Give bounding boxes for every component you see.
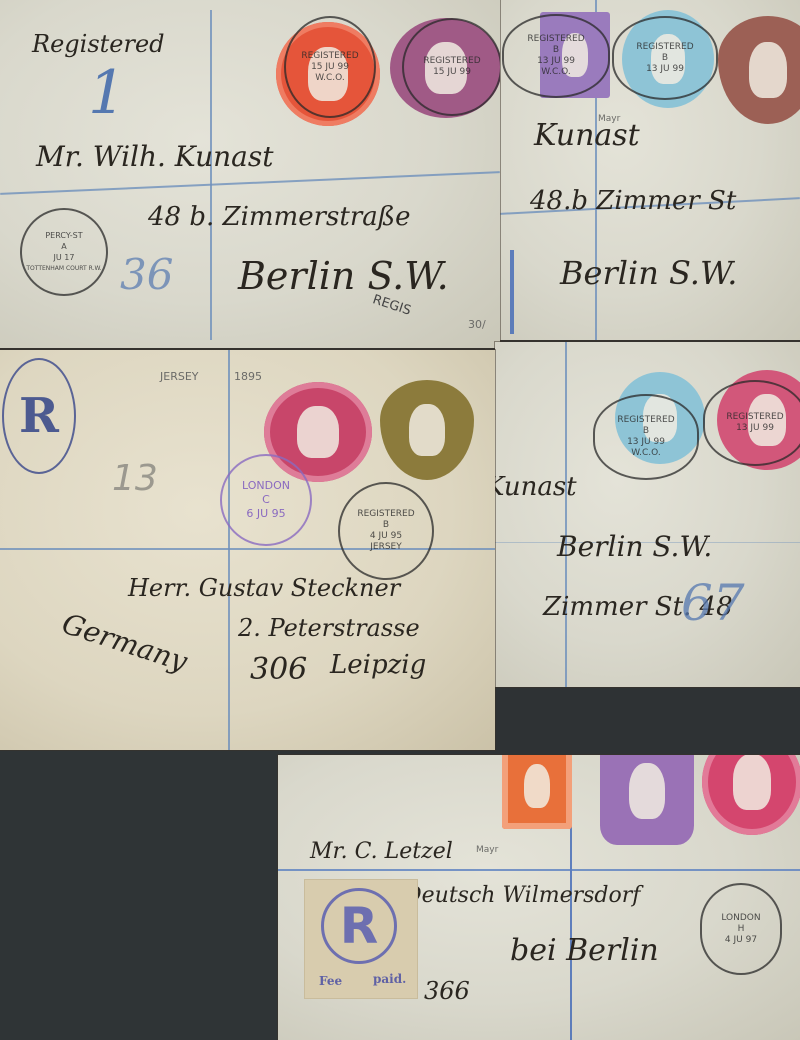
address-line-1: Herr. Gustav Steckner [128, 574, 400, 602]
envelope-top-right: REGISTEREDB13 JU 99W.C.O. REGISTEREDB13 … [500, 0, 800, 340]
paid-text: paid. [373, 972, 406, 986]
blue-crayon-2: 36 [120, 250, 173, 299]
address-line-1: Kunast [495, 472, 577, 502]
stamp-six-pence-violet [600, 755, 694, 845]
address-line-1: Kunast [534, 118, 640, 153]
address-line-2: 48 b. Zimmerstraße [148, 202, 411, 232]
postmark-registered-wco: REGISTERED15 JU 99W.C.O. [284, 16, 376, 118]
pencil-note: 30/ [468, 318, 486, 331]
address-line-3: Berlin S.W. [238, 254, 449, 298]
blue-crayon-1: 1 [88, 58, 126, 128]
postmark-jersey-registered: REGISTEREDB4 JU 95JERSEY [338, 482, 434, 580]
pencil-year: 1895 [234, 370, 262, 383]
postmark-registered-wco-2: REGISTERED13 JU 99 [703, 380, 800, 466]
address-line-2: Deutsch Wilmersdorf [404, 883, 640, 908]
ref-number: 306 [250, 652, 307, 687]
pencil-number: 13 [112, 458, 158, 499]
envelope-middle-right: REGISTEREDB13 JU 99W.C.O. REGISTERED13 J… [495, 342, 800, 687]
ref-number: 366 [424, 977, 470, 1005]
dark-backing-board [0, 750, 280, 1040]
stamp-three-pence-olive [380, 380, 474, 480]
address-line-2: Berlin S.W. [557, 530, 712, 563]
address-line-1: Mr. Wilh. Kunast [36, 140, 274, 173]
postmark-percy-st: PERCY-STAJU 17TOTTENHAM COURT R.W. [20, 208, 108, 296]
postmark-london-registered: LONDONC6 JU 95 [220, 454, 312, 546]
address-line-2: 48.b Zimmer St [530, 186, 736, 216]
pencil-jersey: JERSEY [160, 370, 199, 383]
postmark-registered-wco-1: REGISTEREDB13 JU 99W.C.O. [593, 394, 699, 480]
address-line-3: Berlin S.W. [560, 254, 737, 292]
blue-crayon: 67 [681, 574, 745, 632]
stamp-three-pence-rose [702, 755, 800, 835]
stamp-three-pence-brown [718, 16, 800, 124]
pencil-note: Mayr [476, 845, 498, 855]
address-line-3: Leipzig [330, 650, 426, 680]
registration-fee-paid-label: R Fee paid. [305, 880, 417, 998]
address-line-2: 2. Peterstrasse [238, 614, 420, 642]
postmark-registered-2: REGISTERED15 JU 99 [402, 18, 500, 116]
envelope-top-left: Registered 1 REGISTERED15 JU 99W.C.O. RE… [0, 0, 500, 348]
country: Germany [58, 607, 191, 678]
address-line-3: bei Berlin [510, 933, 659, 968]
address-line-1: Mr. C. Letzel [310, 839, 453, 864]
registered-header: Registered [32, 30, 165, 58]
fee-text: Fee [319, 974, 342, 988]
registration-r-oval: R [2, 358, 76, 474]
postmark-registered-wco-1: REGISTEREDB13 JU 99W.C.O. [502, 14, 610, 98]
postmark-london-registered: LONDONH4 JU 97 [700, 883, 782, 975]
postmark-registered-wco-2: REGISTEREDB13 JU 99 [612, 16, 718, 100]
registration-r-mark: R [321, 888, 397, 964]
stamp-halfpenny-vermilion [502, 755, 572, 829]
